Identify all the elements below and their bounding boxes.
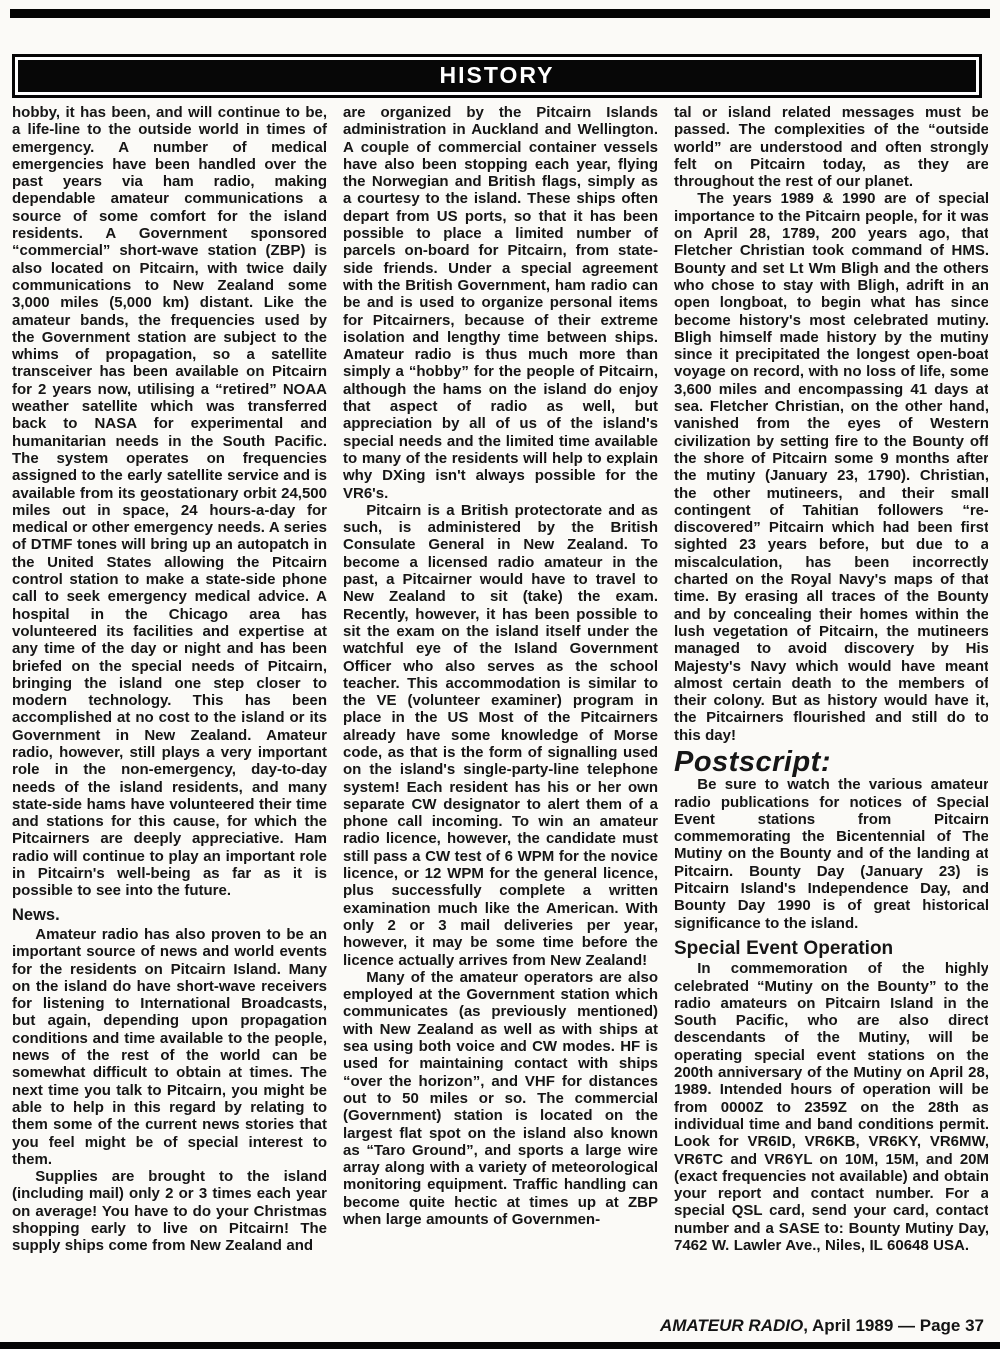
footer-journal-title: AMATEUR RADIO [660, 1316, 803, 1335]
text-column-1: hobby, it has been, and will continue to… [12, 104, 327, 1336]
top-rule [10, 9, 990, 18]
article-paragraph: Be sure to watch the various amateur rad… [674, 776, 988, 932]
history-banner: HISTORY [12, 54, 982, 98]
bottom-rule [0, 1342, 1000, 1349]
news-heading: News. [12, 907, 327, 924]
article-paragraph: Supplies are brought to the island (incl… [12, 1168, 327, 1254]
article-paragraph: The years 1989 & 1990 are of special imp… [674, 190, 988, 744]
history-banner-title: HISTORY [18, 60, 976, 92]
article-paragraph: In commemoration of the highly celebrate… [674, 960, 988, 1254]
article-paragraph: tal or island related messages must be p… [674, 104, 988, 190]
page-footer: AMATEUR RADIO, April 1989 — Page 37 [660, 1316, 984, 1336]
article-paragraph: are organized by the Pitcairn Islands ad… [343, 104, 658, 502]
article-paragraph: Many of the amateur operators are also e… [343, 969, 658, 1228]
text-column-2: are organized by the Pitcairn Islands ad… [343, 104, 658, 1336]
article-paragraph: Amateur radio has also proven to be an i… [12, 926, 327, 1168]
special-event-heading: Special Event Operation [674, 940, 988, 957]
footer-issue-page: , April 1989 — Page 37 [803, 1316, 984, 1335]
text-column-3: tal or island related messages must be p… [674, 104, 988, 1336]
article-paragraph: hobby, it has been, and will continue to… [12, 104, 327, 900]
postscript-heading: Postscript: [674, 754, 988, 771]
article-columns: hobby, it has been, and will continue to… [12, 104, 988, 1336]
magazine-page: HISTORY hobby, it has been, and will con… [0, 0, 1000, 1349]
article-paragraph: Pitcairn is a British protectorate and a… [343, 502, 658, 969]
